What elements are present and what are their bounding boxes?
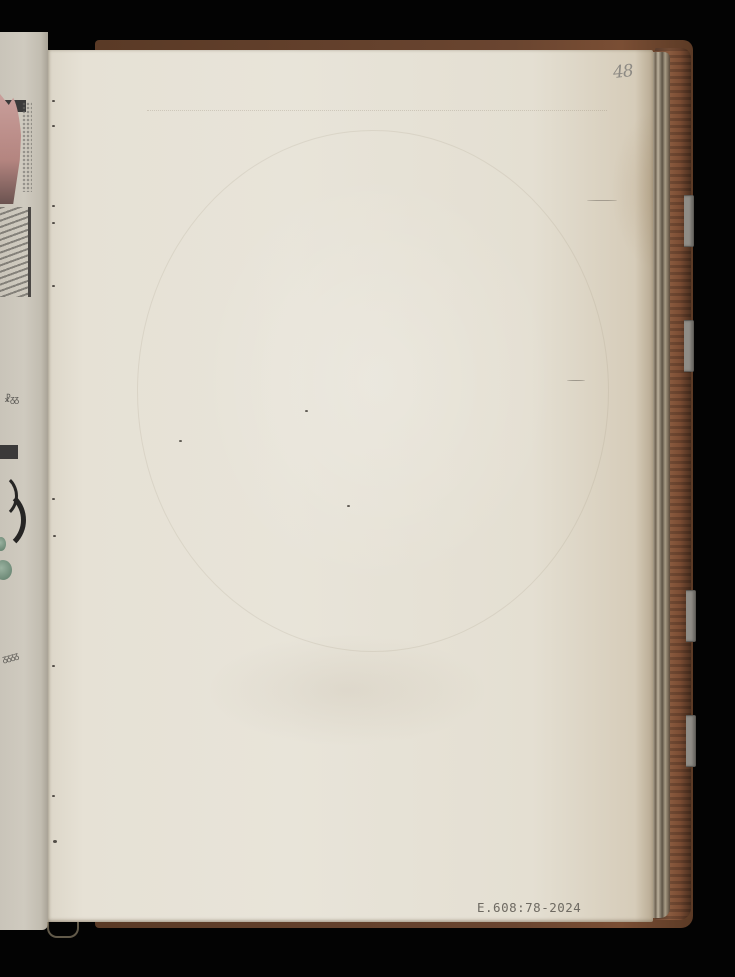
gutter-specks xyxy=(0,0,735,977)
photo-background: 48 E.608:78-2024 ☧ᵹᵹ ᵹᵹᵹᵹ xyxy=(0,0,735,977)
binding-thread xyxy=(47,922,79,938)
